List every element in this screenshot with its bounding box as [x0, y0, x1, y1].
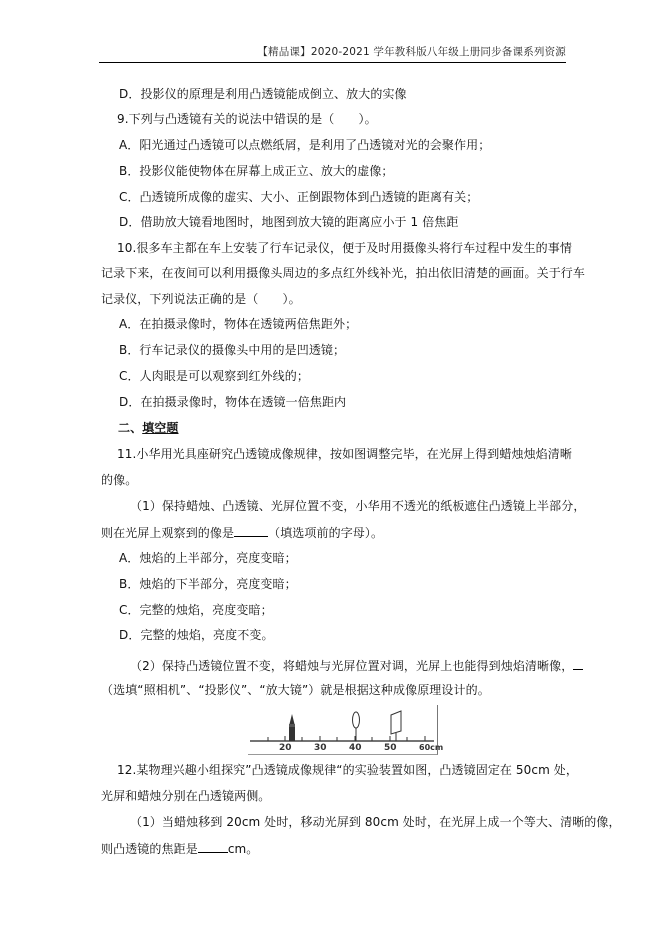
q10-stem-line-2: 记录下来，在夜间可以利用摄像头周边的多点红外线补光，拍出依旧清楚的画面。关于行车 [101, 265, 585, 281]
q12-part1-text: 则凸透镜的焦距是 [101, 842, 198, 856]
q10-option-c: C．人肉眼是可以观察到红外线的； [119, 368, 309, 384]
q12-stem-line-2: 光屏和蜡烛分别在凸透镜两侧。 [101, 788, 270, 804]
q12-stem-line-1: 12.某物理兴趣小组探究”凸透镜成像规律“的实验装置如图，凸透镜固定在 50cm… [117, 762, 578, 778]
answer-blank[interactable] [198, 840, 228, 853]
q11-option-a: A．烛焰的上半部分，亮度变暗； [119, 550, 297, 566]
section-title: 填空题 [142, 421, 178, 435]
q12-part1-suffix: cm。 [228, 842, 259, 856]
q11-stem-line-2: 的像。 [101, 472, 137, 488]
q11-option-c: C．完整的烛焰，亮度变暗； [119, 602, 273, 618]
page-header: 【精品课】2020-2021 学年教科版八年级上册同步备课系列资源 [100, 44, 566, 62]
tick-label-40: 40 [349, 743, 362, 753]
header-divider [99, 62, 566, 63]
q9-option-d: D．借助放大镜看地图时，地图到放大镜的距离应小于 1 倍焦距 [119, 214, 459, 230]
q11-part2-line-1: （2）保持凸透镜位置不变，将蜡烛与光屏位置对调，光屏上也能得到烛焰清晰像， [130, 657, 583, 674]
tick-label-30: 30 [314, 743, 327, 753]
q9-stem: 9.下列与凸透镜有关的说法中错误的是（ ）。 [117, 111, 377, 127]
ruler-labels: 20 30 40 50 60cm [248, 743, 438, 755]
document-page: 【精品课】2020-2021 学年教科版八年级上册同步备课系列资源 D．投影仪的… [0, 0, 661, 935]
q11-part2-text: （2）保持凸透镜位置不变，将蜡烛与光屏位置对调，光屏上也能得到烛焰清晰像， [130, 659, 573, 673]
q11-part1-line-2: 则在光屏上观察到的像是（填选项前的字母）。 [101, 524, 383, 541]
q12-part1-line-2: 则凸透镜的焦距是cm。 [101, 840, 258, 857]
q10-option-d: D．在拍摄录像时，物体在透镜一倍焦距内 [119, 394, 346, 410]
q11-option-b: B．烛焰的下半部分，亮度变暗； [119, 576, 297, 592]
q11-part1-suffix: （填选项前的字母）。 [268, 526, 383, 540]
section-heading: 二、填空题 [118, 420, 179, 436]
q10-option-a: A．在拍摄录像时，物体在透镜两倍焦距外； [119, 316, 357, 332]
q9-option-a: A．阳光通过凸透镜可以点燃纸屑，是利用了凸透镜对光的会聚作用； [119, 137, 490, 153]
q9-option-b: B．投影仪能使物体在屏幕上成正立、放大的虚像； [119, 163, 394, 179]
q11-part1-text: 则在光屏上观察到的像是 [101, 526, 234, 540]
tick-label-60cm: 60cm [419, 743, 443, 752]
q11-option-d: D．完整的烛焰，亮度不变。 [119, 627, 274, 643]
light-screen-icon [391, 711, 401, 741]
q11-part2-line-2: （选填“照相机”、“投影仪”、“放大镜”）就是根据这种成像原理设计的。 [101, 682, 490, 698]
candle-icon [289, 714, 295, 741]
q12-part1-line-1: （1）当蜡烛移到 20cm 处时，移动光屏到 80cm 处时，在光屏上成一个等大… [130, 814, 621, 830]
q9-option-c: C．凸透镜所成像的虚实、大小、正倒跟物体到凸透镜的距离有关； [119, 189, 478, 205]
convex-lens-icon [353, 712, 360, 741]
q11-stem-line-1: 11.小华用光具座研究凸透镜成像规律，按如图调整完毕，在光屏上得到蜡烛烛焰清晰 [117, 446, 572, 462]
answer-blank[interactable] [573, 657, 583, 670]
q10-option-b: B．行车记录仪的摄像头中用的是凹透镜； [119, 342, 345, 358]
answer-blank[interactable] [234, 524, 268, 537]
q8-option-d: D．投影仪的原理是利用凸透镜能成倒立、放大的实像 [119, 86, 407, 102]
q10-stem-line-1: 10.很多车主都在车上安装了行车记录仪，便于及时用摄像头将行车过程中发生的事情 [117, 240, 572, 256]
q11-part1-line-1: （1）保持蜡烛、凸透镜、光屏位置不变，小华用不透光的纸板遮住凸透镜上半部分， [130, 498, 585, 514]
section-prefix: 二、 [118, 421, 142, 435]
tick-label-20: 20 [279, 743, 292, 753]
q10-stem-line-3: 记录仪，下列说法正确的是（ ）。 [101, 291, 301, 307]
tick-label-50: 50 [384, 743, 397, 753]
optical-bench-figure: 20 30 40 50 60cm [248, 705, 438, 755]
